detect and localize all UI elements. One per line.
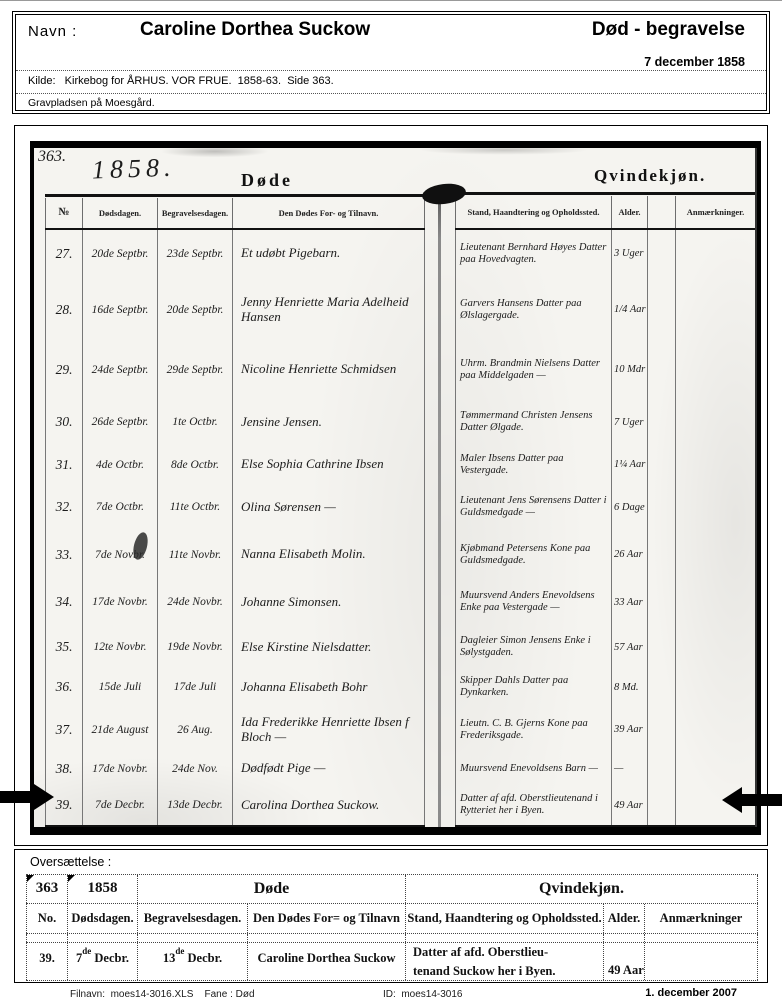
burial-place-note: Gravpladsen på Moesgård. <box>28 97 155 109</box>
register-row-right: Tømmermand Christen Jensens Datter Ølgad… <box>455 397 756 447</box>
died-date: 17de Novbr. <box>83 752 158 785</box>
row-no: 29. <box>45 342 83 397</box>
spacer-cell <box>138 934 248 942</box>
trans-col-notes: Anmærkninger <box>645 904 758 933</box>
died-date: 7de Decbr. <box>83 785 158 825</box>
row-notes <box>676 627 756 667</box>
row-no: 38. <box>45 752 83 785</box>
row-no: 39. <box>26 943 68 980</box>
row-stand: Kjøbmand Petersens Kone paa Guldsmedgade… <box>455 532 612 577</box>
row-no: 32. <box>45 482 83 532</box>
row-age: 39 Aar <box>612 707 648 752</box>
row-notes <box>676 667 756 707</box>
deceased-name: Nicoline Henriette Schmidsen <box>233 342 425 397</box>
buried-date: 24de Novbr. <box>158 577 233 627</box>
row-age: 10 Mdr <box>612 342 648 397</box>
row-notes <box>676 342 756 397</box>
divider-dotted-2 <box>16 93 766 94</box>
translation-page: 363 <box>36 880 59 897</box>
row-deceased-name: Caroline Dorthea Suckow <box>248 943 406 980</box>
left-pointer-arrow-shaft <box>0 791 34 803</box>
register-row-right: Skipper Dahls Datter paa Dynkarken.8 Md. <box>455 667 756 707</box>
spacer-cell <box>248 934 406 942</box>
translation-title-row: 363 1858 Døde Qvindekjøn. <box>26 874 758 904</box>
spacer-cell <box>645 934 758 942</box>
died-date: 15de Juli <box>83 667 158 707</box>
translation-table: 363 1858 Døde Qvindekjøn. No. Dødsdagen.… <box>26 874 758 981</box>
died-date: 24de Septbr. <box>83 342 158 397</box>
register-row-left: 35.12te Novbr.19de Novbr.Else Kirstine N… <box>45 627 425 667</box>
column-header-died: Dødsdagen. <box>83 198 158 228</box>
row-age: — <box>612 752 648 785</box>
register-row-left: 29.24de Septbr.29de Septbr.Nicoline Henr… <box>45 342 425 397</box>
row-age: 8 Md. <box>612 667 648 707</box>
row-age: 6 Dage <box>612 482 648 532</box>
scan-year: 1858. <box>92 153 176 186</box>
register-row-left: 38.17de Novbr.24de Nov.Dødfødt Pige — <box>45 752 425 785</box>
row-no: 27. <box>45 230 83 277</box>
register-grid-right: Lieutenant Bernhard Høyes Datter paa Hov… <box>455 230 756 827</box>
row-notes <box>676 707 756 752</box>
record-date: 7 december 1858 <box>644 55 745 69</box>
register-row-left: 39.7de Decbr.13de Decbr.Carolina Dorthea… <box>45 785 425 825</box>
row-stand: Skipper Dahls Datter paa Dynkarken. <box>455 667 612 707</box>
row-no: 28. <box>45 277 83 342</box>
row-stand: Lieutenant Jens Sørensens Datter i Gulds… <box>455 482 612 532</box>
deceased-name: Carolina Dorthea Suckow. <box>233 785 425 825</box>
trans-col-died: Dødsdagen. <box>68 904 138 933</box>
translation-page-cell: 363 <box>26 875 68 903</box>
row-blank <box>648 667 676 707</box>
buried-date: 11te Octbr. <box>158 482 233 532</box>
row-blank <box>648 785 676 825</box>
row-blank <box>648 397 676 447</box>
record-type: Død - begravelse <box>592 19 745 41</box>
died-date: 26de Septbr. <box>83 397 158 447</box>
register-row-right: Lieutn. C. B. Gjerns Kone paa Frederiksg… <box>455 707 756 752</box>
trans-col-stand: Stand, Haandtering og Opholdssted. <box>406 904 604 933</box>
deceased-name: Jensine Jensen. <box>233 397 425 447</box>
row-buried-date: 13de Decbr. <box>138 943 248 980</box>
register-row-left: 30.26de Septbr.1te Octbr.Jensine Jensen. <box>45 397 425 447</box>
register-row-left: 27.20de Septbr.23de Septbr.Et udøbt Pige… <box>45 230 425 277</box>
row-age: 3 Uger <box>612 230 648 277</box>
row-died-date: 7de Decbr. <box>68 943 138 980</box>
register-row-left: 36.15de Juli17de JuliJohanna Elisabeth B… <box>45 667 425 707</box>
row-stand: Tømmermand Christen Jensens Datter Ølgad… <box>455 397 612 447</box>
translation-box: Oversættelse : 363 1858 Døde Qvindekjøn.… <box>14 849 768 983</box>
footer-date: 1. december 2007 <box>645 987 737 999</box>
translation-header-row: No. Dødsdagen. Begravelsesdagen. Den Død… <box>26 904 758 934</box>
died-date: 21de August <box>83 707 158 752</box>
register-row-right: Lieutenant Bernhard Høyes Datter paa Hov… <box>455 230 756 277</box>
buried-date: 23de Septbr. <box>158 230 233 277</box>
buried-date: 19de Novbr. <box>158 627 233 667</box>
title-rule-right <box>455 192 756 195</box>
buried-date: 8de Octbr. <box>158 447 233 482</box>
register-header-right: Stand, Haandtering og Opholdssted. Alder… <box>455 196 756 230</box>
row-stand: Datter af afd. Oberstlieu- tenand Suckow… <box>406 943 604 980</box>
deceased-name: Et udøbt Pigebarn. <box>233 230 425 277</box>
trans-col-no: No. <box>26 904 68 933</box>
row-blank <box>648 577 676 627</box>
register-row-left: 33.7de Novbr.11te Novbr.Nanna Elisabeth … <box>45 532 425 577</box>
row-blank <box>648 752 676 785</box>
comment-marker-icon <box>68 875 75 882</box>
spacer-cell <box>406 934 604 942</box>
register-row-left: 32.7de Octbr.11te Octbr.Olina Sørensen — <box>45 482 425 532</box>
died-date: 20de Septbr. <box>83 230 158 277</box>
buried-date: 26 Aug. <box>158 707 233 752</box>
trans-col-age: Alder. <box>604 904 645 933</box>
row-blank <box>648 277 676 342</box>
record-sheet: Navn : Caroline Dorthea Suckow Død - beg… <box>0 0 782 1006</box>
name-label: Navn : <box>28 23 77 40</box>
scan-section-qvindekjoen: Qvindekjøn. <box>594 166 706 186</box>
row-stand: Datter af afd. Oberstlieutenand i Rytter… <box>455 785 612 825</box>
row-blank <box>648 707 676 752</box>
register-row-left: 37.21de August26 Aug.Ida Frederikke Henr… <box>45 707 425 752</box>
row-blank <box>648 342 676 397</box>
row-age: 49 Aar <box>604 943 645 980</box>
translation-year: 1858 <box>88 880 118 897</box>
buried-date: 17de Juli <box>158 667 233 707</box>
buried-date: 11te Novbr. <box>158 532 233 577</box>
left-pointer-arrow-head <box>34 784 54 810</box>
row-no: 34. <box>45 577 83 627</box>
spacer-cell <box>68 934 138 942</box>
row-age: 49 Aar <box>612 785 648 825</box>
row-stand: Uhrm. Brandmin Nielsens Datter paa Midde… <box>455 342 612 397</box>
right-pointer-arrow-shaft <box>742 794 782 806</box>
spacer-cell <box>26 934 68 942</box>
column-header-notes: Anmærkninger. <box>676 196 756 228</box>
deceased-name: Olina Sørensen — <box>233 482 425 532</box>
register-row-right: Muursvend Anders Enevoldsens Enke paa Ve… <box>455 577 756 627</box>
deceased-name: Jenny Henriette Maria Adelheid Hansen <box>233 277 425 342</box>
row-age: 1/4 Aar <box>612 277 648 342</box>
row-notes <box>676 577 756 627</box>
died-date: 17de Novbr. <box>83 577 158 627</box>
column-header-blank <box>648 196 676 228</box>
register-header-left: № Dødsdagen. Begravelsesdagen. Den Dødes… <box>45 198 425 230</box>
deceased-name: Johanne Simonsen. <box>233 577 425 627</box>
row-blank <box>648 532 676 577</box>
register-row-right: Kjøbmand Petersens Kone paa Guldsmedgade… <box>455 532 756 577</box>
right-pointer-arrow-head <box>722 787 742 813</box>
register-row-right: Datter af afd. Oberstlieutenand i Rytter… <box>455 785 756 825</box>
row-notes <box>676 482 756 532</box>
row-no: 30. <box>45 397 83 447</box>
row-stand: Garvers Hansens Datter paa Ølslagergade. <box>455 277 612 342</box>
footer-filename: Filnavn: moes14-3016.XLS Fane : Død <box>70 989 255 1000</box>
buried-date: 20de Septbr. <box>158 277 233 342</box>
deceased-name: Else Kirstine Nielsdatter. <box>233 627 425 667</box>
buried-date: 24de Nov. <box>158 752 233 785</box>
row-age: 7 Uger <box>612 397 648 447</box>
deceased-name: Johanna Elisabeth Bohr <box>233 667 425 707</box>
buried-date: 13de Decbr. <box>158 785 233 825</box>
column-header-stand: Stand, Haandtering og Opholdssted. <box>455 196 612 228</box>
person-name: Caroline Dorthea Suckow <box>140 19 370 41</box>
register-row-right: Muursvend Enevoldsens Barn —— <box>455 752 756 785</box>
divider-dotted-1 <box>16 70 766 71</box>
died-date: 12te Novbr. <box>83 627 158 667</box>
row-notes <box>676 447 756 482</box>
translation-year-cell: 1858 <box>68 875 138 903</box>
deceased-name: Dødfødt Pige — <box>233 752 425 785</box>
scan-frame: 363. 1858. Døde Qvindekjøn. № Dødsdagen.… <box>14 125 768 846</box>
comment-marker-icon <box>27 875 34 882</box>
deceased-name: Else Sophia Cathrine Ibsen <box>233 447 425 482</box>
died-date: 16de Septbr. <box>83 277 158 342</box>
row-age: 1¼ Aar <box>612 447 648 482</box>
died-date: 7de Octbr. <box>83 482 158 532</box>
row-stand: Muursvend Anders Enevoldsens Enke paa Ve… <box>455 577 612 627</box>
footer-id: ID: moes14-3016 <box>383 989 463 1000</box>
deceased-name: Ida Frederikke Henriette Ibsen f Bloch — <box>233 707 425 752</box>
row-stand: Maler Ibsens Datter paa Vestergade. <box>455 447 612 482</box>
trans-col-buried: Begravelsesdagen. <box>138 904 248 933</box>
buried-date: 1te Octbr. <box>158 397 233 447</box>
row-no: 37. <box>45 707 83 752</box>
row-no: 36. <box>45 667 83 707</box>
row-age: 57 Aar <box>612 627 648 667</box>
row-stand: Muursvend Enevoldsens Barn — <box>455 752 612 785</box>
left-pointer-arrow <box>0 784 54 810</box>
right-pointer-arrow <box>722 787 782 813</box>
row-blank <box>648 627 676 667</box>
row-notes <box>676 230 756 277</box>
spacer-cell <box>604 934 645 942</box>
page-edge-line <box>755 148 757 827</box>
column-header-age: Alder. <box>612 196 648 228</box>
row-no: 31. <box>45 447 83 482</box>
register-row-left: 34.17de Novbr.24de Novbr.Johanne Simonse… <box>45 577 425 627</box>
register-scan-image: 363. 1858. Døde Qvindekjøn. № Dødsdagen.… <box>30 141 761 835</box>
row-age: 26 Aar <box>612 532 648 577</box>
scan-section-doede: Døde <box>241 170 293 191</box>
deceased-name: Nanna Elisabeth Molin. <box>233 532 425 577</box>
row-no: 33. <box>45 532 83 577</box>
register-row-right: Uhrm. Brandmin Nielsens Datter paa Midde… <box>455 342 756 397</box>
died-month: Decbr. <box>91 951 129 965</box>
row-notes <box>676 532 756 577</box>
header-box: Navn : Caroline Dorthea Suckow Død - beg… <box>12 11 770 114</box>
column-header-name: Den Dødes For- og Tilnavn. <box>233 198 425 228</box>
row-notes <box>676 277 756 342</box>
row-no: 35. <box>45 627 83 667</box>
buried-month: Decbr. <box>184 951 222 965</box>
buried-date: 29de Septbr. <box>158 342 233 397</box>
register-row-right: Lieutenant Jens Sørensens Datter i Gulds… <box>455 482 756 532</box>
register-row-right: Dagleier Simon Jensens Enke i Sølystgade… <box>455 627 756 667</box>
row-blank <box>648 447 676 482</box>
scan-page-number: 363. <box>38 148 66 166</box>
row-stand: Lieutenant Bernhard Høyes Datter paa Hov… <box>455 230 612 277</box>
row-stand: Lieutn. C. B. Gjerns Kone paa Frederiksg… <box>455 707 612 752</box>
row-blank <box>648 482 676 532</box>
title-rule-left <box>45 194 425 197</box>
translation-data-row: 39. 7de Decbr. 13de Decbr. Caroline Dort… <box>26 943 758 981</box>
translation-section-doede: Døde <box>138 875 406 903</box>
row-notes <box>676 752 756 785</box>
register-grid-left: 27.20de Septbr.23de Septbr.Et udøbt Pige… <box>45 230 425 827</box>
row-blank <box>648 230 676 277</box>
translation-label: Oversættelse : <box>30 855 111 869</box>
register-row-left: 28.16de Septbr.20de Septbr.Jenny Henriet… <box>45 277 425 342</box>
row-notes <box>676 397 756 447</box>
register-row-right: Garvers Hansens Datter paa Ølslagergade.… <box>455 277 756 342</box>
row-notes <box>645 943 758 980</box>
register-row-left: 31.4de Octbr.8de Octbr.Else Sophia Cathr… <box>45 447 425 482</box>
row-stand: Dagleier Simon Jensens Enke i Sølystgade… <box>455 627 612 667</box>
register-row-right: Maler Ibsens Datter paa Vestergade.1¼ Aa… <box>455 447 756 482</box>
translation-section-qvindekjoen: Qvindekjøn. <box>406 875 758 903</box>
book-fold-line <box>438 188 441 827</box>
buried-day: 13 <box>163 951 176 965</box>
column-header-buried: Begravelsesdagen. <box>158 198 233 228</box>
died-date: 4de Octbr. <box>83 447 158 482</box>
source-line: Kilde: Kirkebog for ÅRHUS. VOR FRUE. 185… <box>28 75 334 87</box>
translation-spacer-row <box>26 934 758 943</box>
row-age: 33 Aar <box>612 577 648 627</box>
trans-col-name: Den Dødes For= og Tilnavn <box>248 904 406 933</box>
column-header-no: № <box>45 198 83 228</box>
